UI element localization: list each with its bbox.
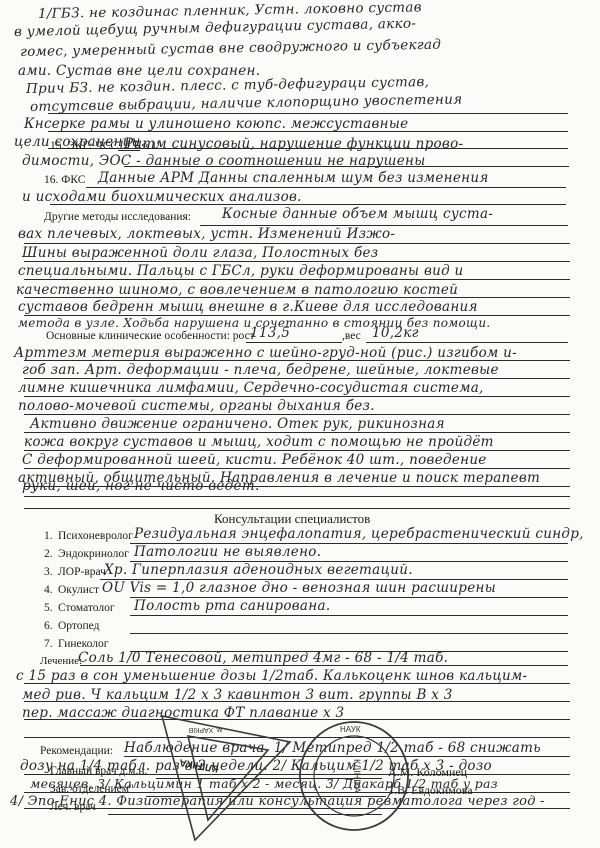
triangle-stamp: м. ХАРКІВ КЛІНІКА xyxy=(150,712,300,842)
round-stamp: НАУК КЛІНІКА xyxy=(296,716,416,838)
signature-role: Леч. врач xyxy=(50,801,96,813)
round-stamp-center: КЛІНІКА xyxy=(352,759,362,793)
signature-role: Зав. отделением" xyxy=(50,783,134,795)
stamp-text-center: КЛІНІКА xyxy=(179,756,220,774)
round-stamp-top: НАУК xyxy=(340,725,361,734)
medical-record-page: 1/ГБЗ. не коздинас пленник, Устн. локовн… xyxy=(0,0,600,848)
stamp-text-top: м. ХАРКІВ xyxy=(188,726,222,733)
signature-role: Главный врач д.м.н. xyxy=(50,765,147,777)
